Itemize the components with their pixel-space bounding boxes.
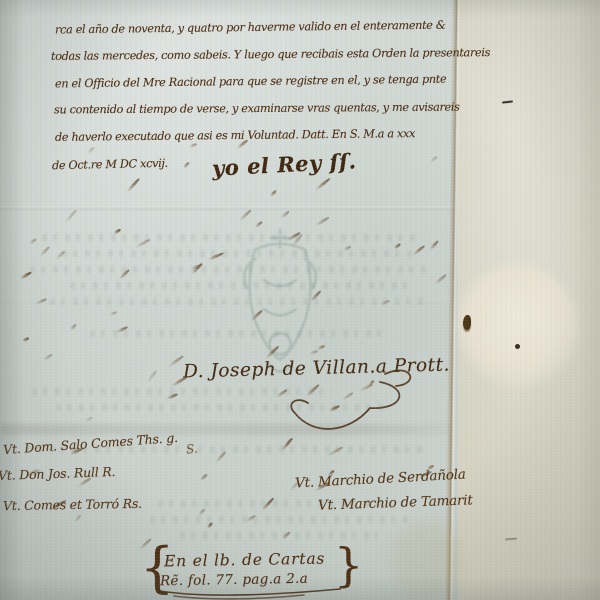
registry-note-line-1: En el lb. de Cartas xyxy=(164,550,325,571)
ink-blob-on-fold xyxy=(463,315,471,330)
paper-seal-impression xyxy=(462,268,574,380)
manuscript-photo: rca el año de noventa, y quatro por have… xyxy=(0,0,600,600)
registry-underline-flourish xyxy=(152,585,352,600)
horizontal-crease-mid xyxy=(0,300,458,303)
vidit-annotation-left-3: Vt. Comes et Torró Rs. xyxy=(3,496,142,513)
registry-brace-right: } xyxy=(334,538,363,592)
stray-mark: S. xyxy=(185,441,198,456)
paper-stain xyxy=(392,520,462,600)
seal-dark-spot xyxy=(515,344,520,349)
body-line-6-dateline: de Oct.re M DC xcvij. xyxy=(52,157,168,172)
signature-flourish xyxy=(180,350,420,450)
horizontal-crease-upper xyxy=(0,206,458,210)
